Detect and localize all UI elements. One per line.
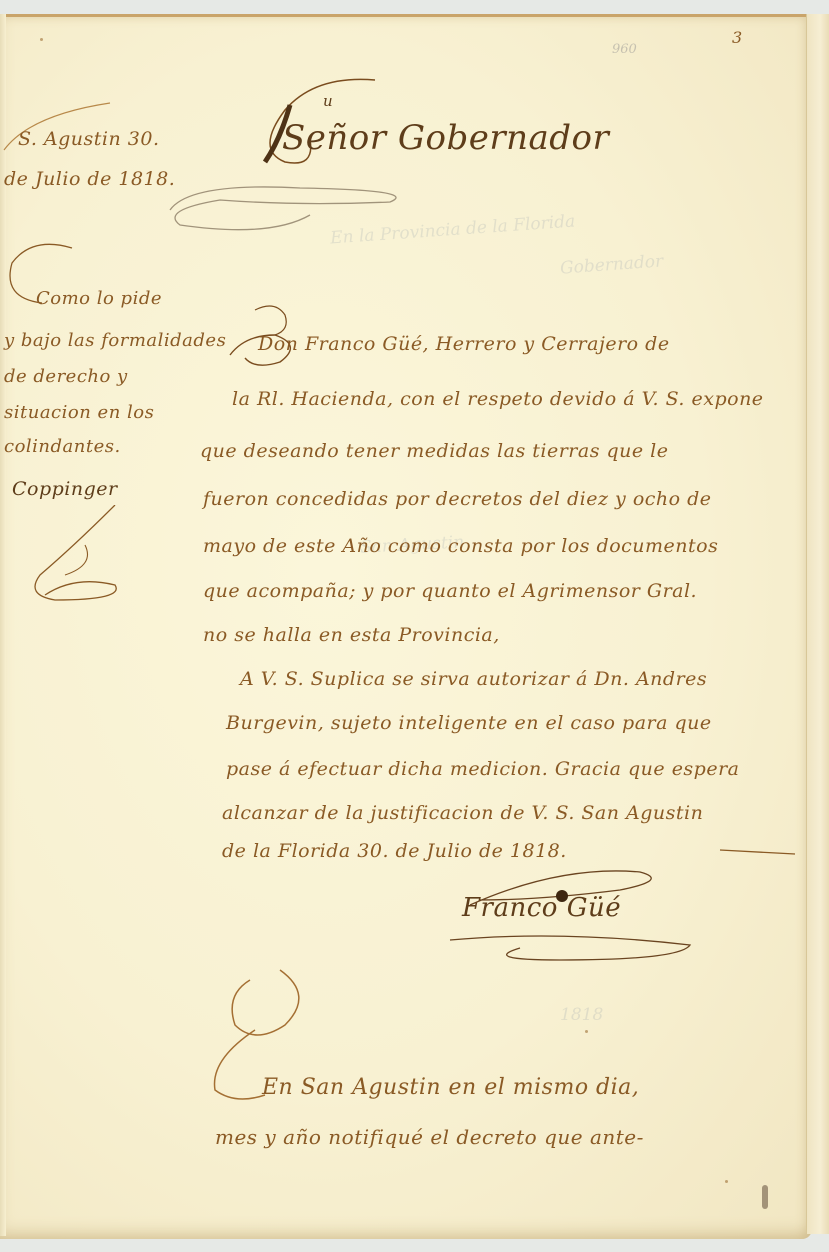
- body-line-11: alcanzar de la justificacion de V. S. Sa…: [222, 802, 703, 824]
- margin-signature: Coppinger: [12, 478, 118, 500]
- bleed-through-text: 1818: [560, 1005, 603, 1025]
- body-line-2: la Rl. Hacienda, con el respeto devido á…: [232, 388, 764, 410]
- body-line-12: de la Florida 30. de Julio de 1818.: [222, 840, 567, 862]
- body-line-1: Don Franco Güé, Herrero y Cerrajero de: [258, 333, 670, 355]
- salutation-superscript: u: [323, 92, 333, 110]
- body-line-10: pase á efectuar dicha medicion. Gracia q…: [226, 758, 740, 780]
- folio-number: 3: [732, 28, 743, 47]
- ink-blot: [762, 1185, 768, 1209]
- margin-note-line-1: Como lo pide: [36, 288, 162, 309]
- margin-note-line-2: y bajo las formalidades: [4, 330, 226, 351]
- body-line-5: mayo de este Año como consta por los doc…: [203, 535, 718, 557]
- body-line-9: Burgevin, sujeto inteligente en el caso …: [226, 712, 712, 734]
- body-line-6: que acompaña; y por quanto el Agrimensor…: [203, 580, 697, 602]
- body-line-8: A V. S. Suplica se sirva autorizar á Dn.…: [240, 668, 707, 690]
- pencil-mark: 960: [612, 42, 637, 57]
- dateline-line-1: S. Agustin 30.: [18, 128, 160, 150]
- notification-line-1: En San Agustin en el mismo dia,: [262, 1075, 639, 1100]
- binding-gutter: [0, 14, 6, 1236]
- salutation-text: Señor Gobernador: [282, 118, 609, 158]
- body-line-7: no se halla en esta Provincia,: [203, 624, 500, 646]
- margin-note-line-3: de derecho y: [4, 366, 128, 387]
- signature-rubric: [440, 860, 720, 970]
- notification-line-2: mes y año notifiqué el decreto que ante-: [215, 1125, 644, 1149]
- foxing-spot: [725, 1180, 728, 1183]
- body-line-3: que deseando tener medidas las tierras q…: [200, 440, 669, 462]
- foxing-spot: [585, 1030, 588, 1033]
- foxing-spot: [40, 38, 43, 41]
- salutation-underline-flourish: [150, 180, 430, 240]
- margin-note-line-5: colindantes.: [4, 436, 121, 457]
- page-edge: [806, 14, 829, 1234]
- body-line-4: fueron concedidas por decretos del diez …: [203, 488, 712, 510]
- salutation: Señor Gobernador: [282, 118, 609, 158]
- margin-rubric: [15, 505, 135, 615]
- margin-note-line-4: situacion en los: [4, 402, 154, 423]
